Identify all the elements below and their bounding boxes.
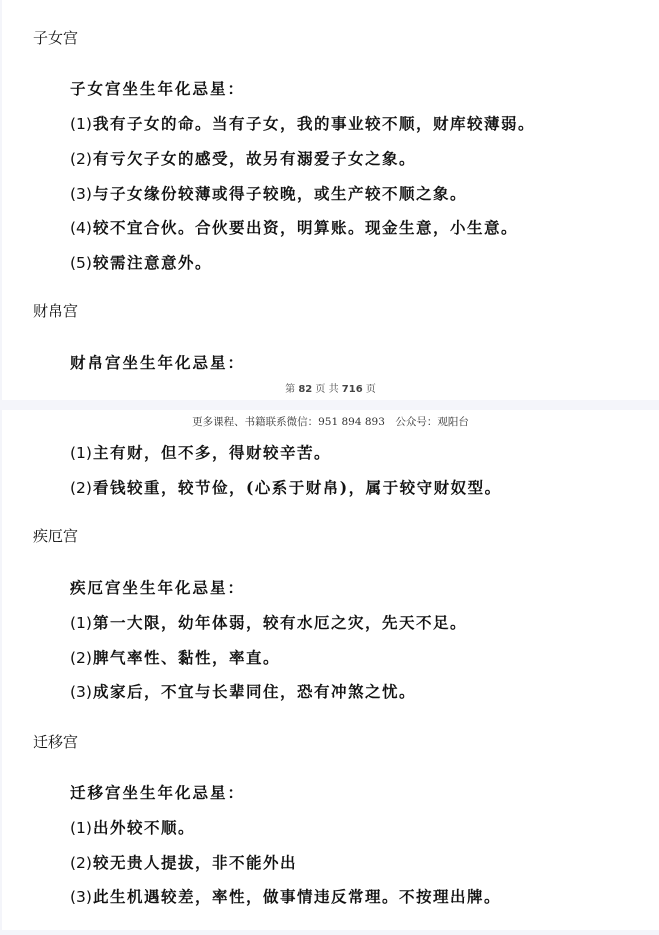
- sub-heading: 疾厄宫坐生年化忌星：: [70, 576, 245, 598]
- list-item: (3)成家后，不宜与长辈同住，恐有冲煞之忧。: [70, 680, 416, 702]
- list-item: (1)出外较不顺。: [70, 816, 195, 838]
- sub-heading: 财帛宫坐生年化忌星：: [70, 351, 245, 373]
- sub-heading: 子女宫坐生年化忌星：: [70, 77, 245, 99]
- document-page-82: 子女宫 子女宫坐生年化忌星： (1)我有子女的命。当有子女，我的事业较不顺，财库…: [2, 0, 659, 400]
- list-item: (1)第一大限，幼年体弱，较有水厄之灾，先天不足。: [70, 611, 467, 633]
- section-title-children-palace: 子女宫: [33, 27, 78, 48]
- page-header-note: 更多课程、书籍联系微信：951 894 893 公众号：观阳台: [2, 414, 659, 429]
- section-title-migration-palace: 迁移宫: [33, 731, 78, 752]
- document-page-83: 更多课程、书籍联系微信：951 894 893 公众号：观阳台 (1)主有财，但…: [2, 410, 659, 930]
- list-item: (5)较需注意意外。: [70, 251, 212, 273]
- page-number: 第 82 页 共 716 页: [2, 380, 659, 395]
- list-item: (1)我有子女的命。当有子女，我的事业较不顺，财库较薄弱。: [70, 112, 535, 134]
- section-title-health-palace: 疾厄宫: [33, 525, 78, 546]
- list-item: (4)较不宜合伙。合伙要出资，明算账。现金生意，小生意。: [70, 216, 518, 238]
- list-item: (2)较无贵人提拔，非不能外出: [70, 851, 297, 873]
- section-title-wealth-palace: 财帛宫: [33, 300, 78, 321]
- sub-heading: 迁移宫坐生年化忌星：: [70, 781, 245, 803]
- list-item: (3)此生机遇较差，率性，做事情违反常理。不按理出牌。: [70, 885, 501, 907]
- list-item: (1)主有财，但不多，得财较辛苦。: [70, 441, 331, 463]
- list-item: (2)看钱较重，较节俭，(心系于财帛)，属于较守财奴型。: [70, 476, 502, 498]
- list-item: (2)脾气率性、黏性，率直。: [70, 646, 280, 668]
- list-item: (3)与子女缘份较薄或得子较晚，或生产较不顺之象。: [70, 182, 467, 204]
- list-item: (2)有亏欠子女的感受，故另有溺爱子女之象。: [70, 147, 416, 169]
